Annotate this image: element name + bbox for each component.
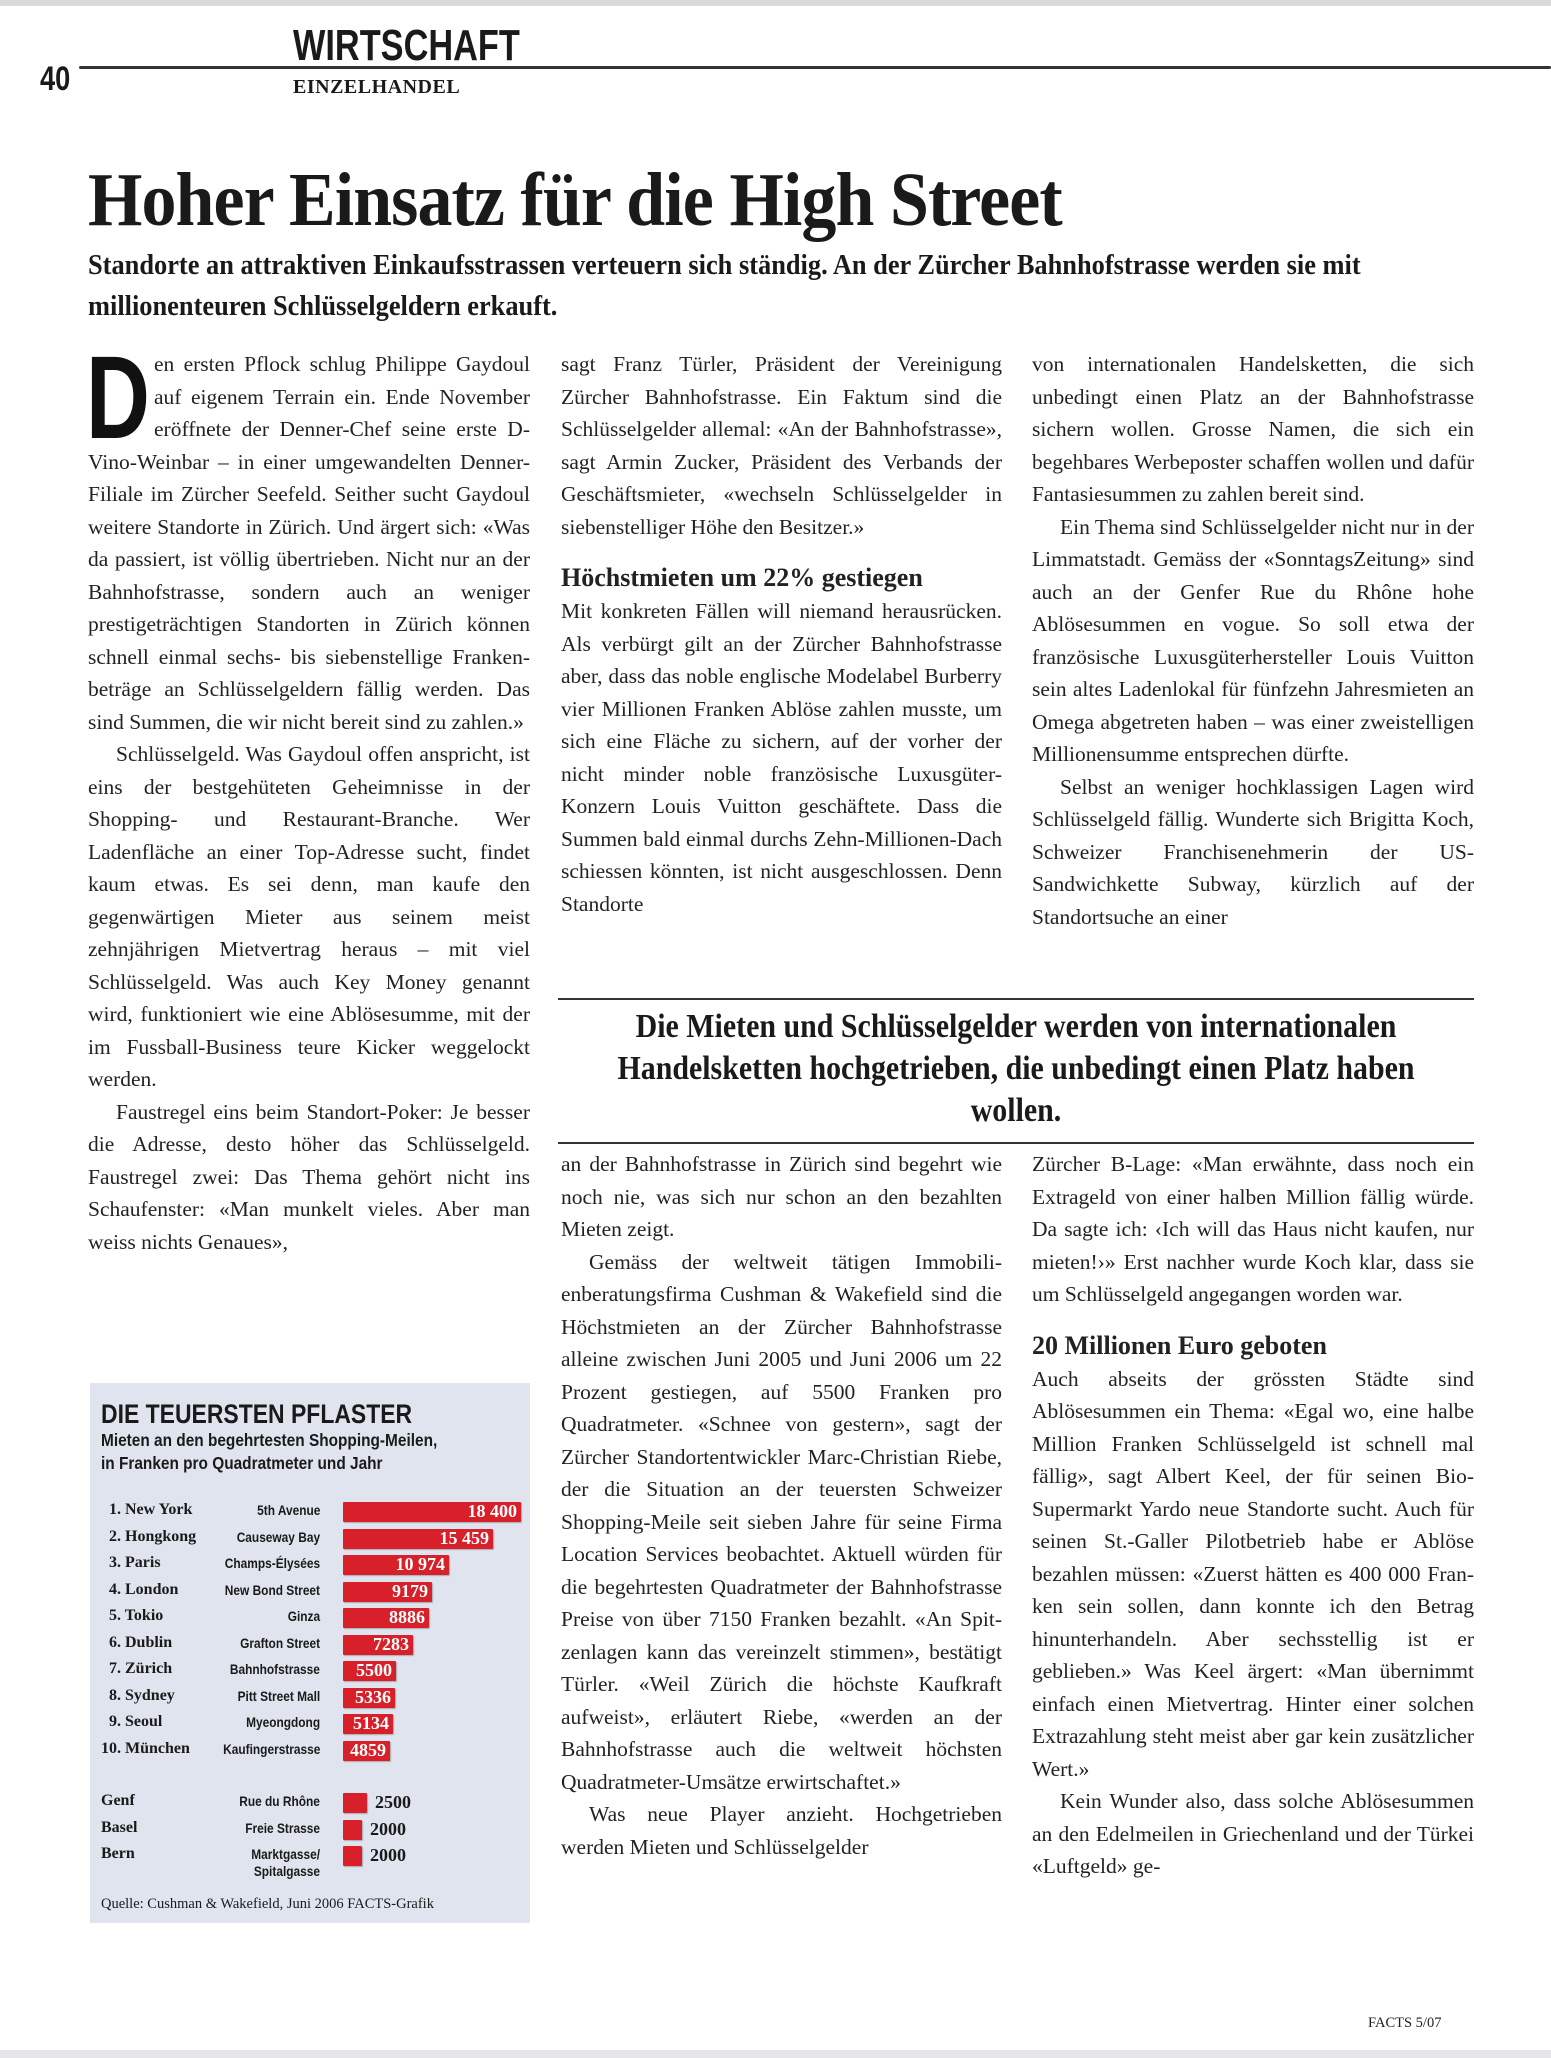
- chart-street-label: Causeway Bay: [237, 1529, 320, 1546]
- page-number: 40: [40, 60, 70, 99]
- chart-street-label: Grafton Street: [240, 1635, 320, 1652]
- column-3: von internationalen Handelsketten, die s…: [1032, 348, 1474, 933]
- chart-row: 7. ZürichBahnhofstrasse5500: [101, 1658, 518, 1685]
- chart-value-label: 2000: [370, 1819, 406, 1840]
- chart-city-label: 6. Dublin: [109, 1634, 172, 1652]
- pullquote-rule-top: [558, 998, 1474, 1000]
- lead-paragraph: Standorte an attraktiven Einkaufsstrasse…: [88, 245, 1380, 327]
- paragraph: Gemäss der weltweit tätigen Immobili­enb…: [561, 1246, 1002, 1799]
- chart-value-label: 5336: [355, 1687, 391, 1708]
- paragraph: Zürcher B-Lage: «Man erwähnte, dass noch…: [1032, 1148, 1474, 1311]
- chart-value-label: 2000: [370, 1845, 406, 1866]
- chart-city-label: 5. Tokio: [109, 1607, 163, 1625]
- chart-subtitle: Mieten an den begehrtesten Shopping-Meil…: [101, 1429, 515, 1452]
- chart-city-label: 8. Sydney: [109, 1687, 175, 1705]
- chart-value-label: 18 400: [468, 1501, 518, 1522]
- chart-city-label: 9. Seoul: [109, 1713, 162, 1731]
- chart-value-label: 10 974: [396, 1554, 446, 1575]
- chart-bar: [343, 1846, 362, 1866]
- chart-city-label: 7. Zürich: [109, 1660, 172, 1678]
- paragraph: an der Bahnhofstrasse in Zürich sind be­…: [561, 1148, 1002, 1246]
- column-2-lower: an der Bahnhofstrasse in Zürich sind be­…: [561, 1148, 1002, 1863]
- chart-street-label: Pitt Street Mall: [237, 1688, 320, 1705]
- chart-row: GenfRue du Rhône2500: [101, 1790, 518, 1817]
- chart-subtitle: in Franken pro Quadratmeter und Jahr: [101, 1452, 515, 1475]
- chart-row: 9. SeoulMyeongdong5134: [101, 1711, 518, 1738]
- chart-row: BernMarktgasse/ Spitalgasse2000: [101, 1843, 518, 1883]
- subheading: 20 Millionen Euro geboten: [1032, 1329, 1474, 1363]
- paragraph: Selbst an weniger hochklassigen Lagen wi…: [1032, 771, 1474, 934]
- chart-value-label: 5500: [356, 1660, 392, 1681]
- chart-title: DIE TEUERSTEN PFLASTER: [101, 1399, 455, 1429]
- chart-value-label: 9179: [392, 1581, 428, 1602]
- chart-city-label: 2. Hongkong: [109, 1528, 196, 1546]
- chart-city-label: 3. Paris: [109, 1554, 161, 1572]
- paragraph: Kein Wunder also, dass solche Ablö­sesum…: [1032, 1785, 1474, 1883]
- chart-street-label: Champs-Élysées: [225, 1555, 320, 1572]
- chart-row: 4. LondonNew Bond Street9179: [101, 1579, 518, 1606]
- chart-street-label: New Bond Street: [225, 1582, 320, 1599]
- subheading: Höchstmieten um 22% gestiegen: [561, 561, 1002, 595]
- chart-street-label: Freie Strasse: [245, 1820, 320, 1837]
- chart-source: Quelle: Cushman & Wakefield, Juni 2006 F…: [101, 1896, 434, 1913]
- drop-cap: D: [86, 354, 130, 444]
- column-1: Den ersten Pflock schlug Philippe Gaydou…: [88, 348, 530, 1258]
- paragraph: Faustregel eins beim Standort-Poker: Je …: [88, 1096, 530, 1259]
- chart-row: 2. HongkongCauseway Bay15 459: [101, 1526, 518, 1553]
- bottom-band: [0, 2050, 1551, 2058]
- chart-city-label: 1. New York: [109, 1501, 192, 1519]
- paragraph-text: en ersten Pflock schlug Philippe Gaydoul…: [88, 352, 530, 734]
- chart-value-label: 8886: [389, 1607, 425, 1628]
- subsection-title: EINZELHANDEL: [293, 76, 460, 99]
- chart-street-label: Myeongdong: [246, 1714, 320, 1731]
- chart-rows: 1. New York5th Avenue18 4002. HongkongCa…: [101, 1499, 518, 1883]
- chart-value-label: 15 459: [440, 1528, 490, 1549]
- chart-row: BaselFreie Strasse2000: [101, 1817, 518, 1844]
- chart-city-label: Genf: [101, 1792, 135, 1810]
- chart-row: 5. TokioGinza8886: [101, 1605, 518, 1632]
- paragraph: sagt Franz Türler, Präsident der Vereini…: [561, 348, 1002, 543]
- top-band: [0, 0, 1551, 6]
- chart-value-label: 7283: [373, 1634, 409, 1655]
- pullquote-rule-bottom: [558, 1142, 1474, 1144]
- chart-street-label: Ginza: [288, 1608, 320, 1625]
- column-2: sagt Franz Türler, Präsident der Vereini…: [561, 348, 1002, 920]
- paragraph: Ein Thema sind Schlüsselgelder nicht nur…: [1032, 511, 1474, 771]
- chart-city-label: 4. London: [109, 1581, 178, 1599]
- chart-city-label: 10. München: [101, 1740, 190, 1758]
- chart-row: 6. DublinGrafton Street7283: [101, 1632, 518, 1659]
- chart-city-label: Basel: [101, 1819, 137, 1837]
- footer-issue: FACTS 5/07: [1368, 2015, 1441, 2032]
- chart-row: 8. SydneyPitt Street Mall5336: [101, 1685, 518, 1712]
- chart-bar: [343, 1793, 367, 1813]
- paragraph: Was neue Player anzieht. Hochgetrie­ben …: [561, 1798, 1002, 1863]
- chart-group-gap: [101, 1764, 518, 1790]
- chart-street-label: Rue du Rhône: [239, 1793, 320, 1810]
- paragraph: von internationalen Handelsketten, die s…: [1032, 348, 1474, 511]
- chart-street-label: Kaufingerstrasse: [223, 1741, 320, 1758]
- chart-city-label: Bern: [101, 1845, 135, 1863]
- chart-value-label: 4859: [350, 1740, 386, 1761]
- pull-quote: Die Mieten und Schlüsselgelder werden vo…: [613, 1006, 1419, 1132]
- chart-street-label: Bahnhofstrasse: [230, 1661, 320, 1678]
- chart-box: DIE TEUERSTEN PFLASTER Mieten an den beg…: [90, 1383, 530, 1923]
- paragraph: Mit konkreten Fällen will niemand he­rau…: [561, 595, 1002, 920]
- chart-value-label: 5134: [353, 1713, 389, 1734]
- chart-street-label: Marktgasse/ Spitalgasse: [244, 1846, 321, 1880]
- chart-row: 10. MünchenKaufingerstrasse4859: [101, 1738, 518, 1765]
- chart-row: 3. ParisChamps-Élysées10 974: [101, 1552, 518, 1579]
- chart-row: 1. New York5th Avenue18 400: [101, 1499, 518, 1526]
- paragraph: Schlüsselgeld. Was Gaydoul offen an­spri…: [88, 738, 530, 1096]
- chart-street-label: 5th Avenue: [257, 1502, 320, 1519]
- section-title: WIRTSCHAFT: [293, 24, 520, 68]
- chart-bar: [343, 1820, 362, 1840]
- paragraph: Auch abseits der grössten Städte sind Ab…: [1032, 1363, 1474, 1786]
- paragraph: Den ersten Pflock schlug Philippe Gaydou…: [88, 348, 530, 738]
- headline: Hoher Einsatz für die High Street: [88, 160, 1062, 240]
- chart-value-label: 2500: [375, 1792, 411, 1813]
- column-3-lower: Zürcher B-Lage: «Man erwähnte, dass noch…: [1032, 1148, 1474, 1883]
